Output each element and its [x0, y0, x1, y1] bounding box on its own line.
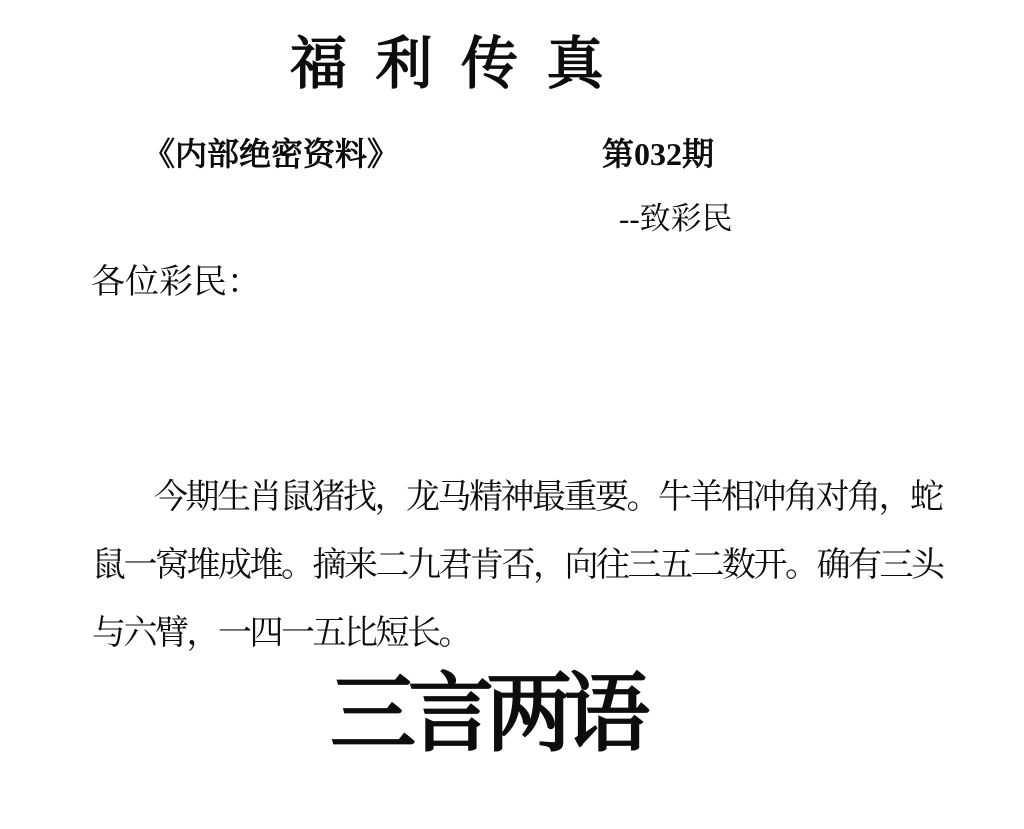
body-line-2: 鼠一窝堆成堆。摘来二九君肯否，向往三五二数开。确有三头 [92, 532, 937, 600]
body-paragraph: 今期生肖鼠猪找，龙马精神最重要。牛羊相冲角对角，蛇 鼠一窝堆成堆。摘来二九君肯否… [92, 464, 937, 668]
page-title: 福利传真 [290, 30, 632, 98]
document-page: 福利传真 《内部绝密资料》 第032期 --致彩民 各位彩民： 今期生肖鼠猪找，… [0, 0, 1024, 829]
issue-number: 第032期 [602, 133, 714, 175]
footer-headline: 三言两语 [330, 664, 642, 764]
dedication-line: --致彩民 [619, 199, 733, 239]
classification-label: 《内部绝密资料》 [143, 133, 399, 175]
salutation: 各位彩民： [91, 260, 261, 306]
body-line-3: 与六臂，一四一五比短长。 [92, 600, 937, 668]
body-line-1: 今期生肖鼠猪找，龙马精神最重要。牛羊相冲角对角，蛇 [92, 464, 937, 532]
